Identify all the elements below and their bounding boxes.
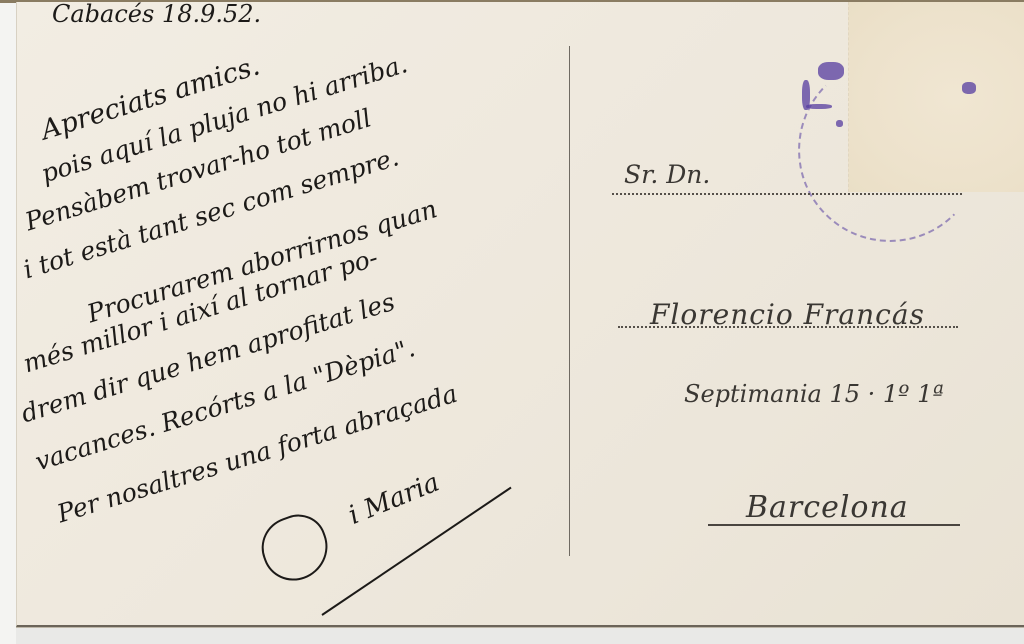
address-line-2 bbox=[618, 326, 958, 328]
postmark-ink-blot bbox=[962, 82, 976, 94]
scan-background-left bbox=[0, 0, 16, 644]
postmark-ink-blot bbox=[806, 104, 832, 109]
address-line-1 bbox=[612, 193, 962, 195]
place-date: Cabacés 18.9.52. bbox=[52, 0, 261, 28]
address-city: Barcelona bbox=[746, 490, 909, 525]
address-line-city bbox=[708, 524, 960, 526]
address-salutation: Sr. Dn. bbox=[624, 160, 710, 189]
postmark-ink-blot bbox=[836, 120, 843, 127]
postcard-divider-line bbox=[569, 46, 570, 556]
address-street: Septimania 15 · 1º 1ª bbox=[684, 380, 944, 408]
postmark-ink-blot bbox=[818, 62, 844, 80]
postmark-circle bbox=[798, 58, 982, 242]
